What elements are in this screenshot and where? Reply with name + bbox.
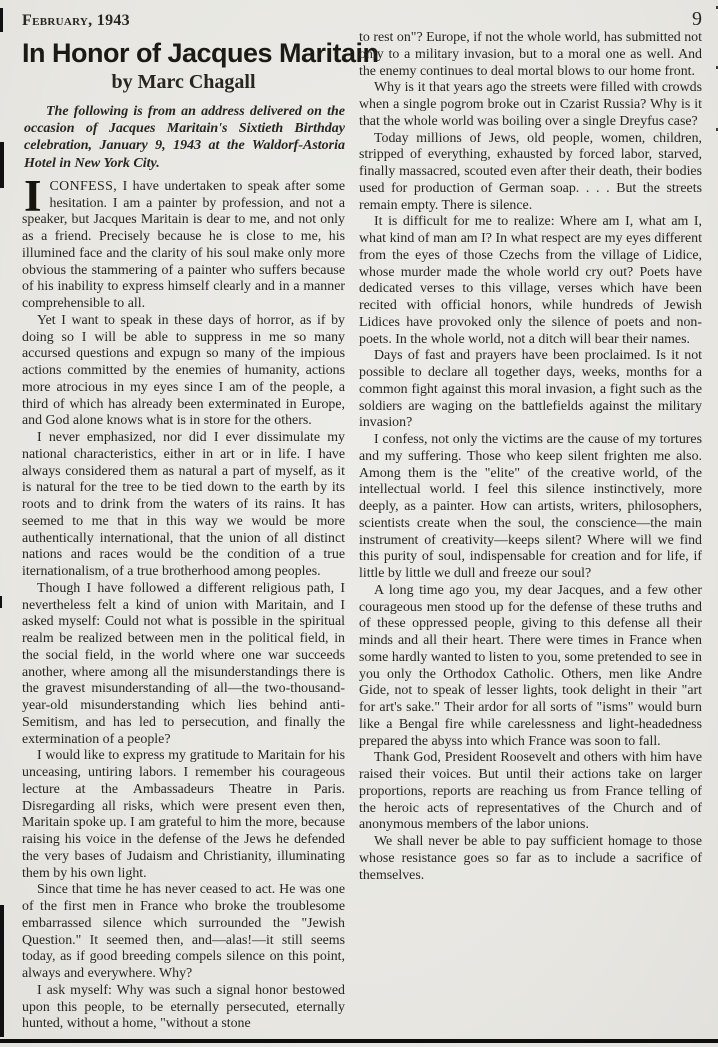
article-byline: by Marc Chagall (22, 70, 345, 94)
body-paragraph: I confess, not only the victims are the … (359, 432, 702, 583)
right-column: to rest on"? Europe, if not the whole wo… (359, 30, 702, 884)
magazine-page: February, 1943 9 In Honor of Jacques Mar… (0, 0, 718, 1047)
lead-word: CONFESS, (50, 179, 118, 194)
page-number: 9 (692, 8, 702, 31)
drop-cap: I (22, 179, 50, 212)
running-head: February, 1943 9 (22, 8, 702, 31)
opening-paragraph: ICONFESS, I have undertaken to speak aft… (22, 179, 345, 313)
body-paragraph: I ask myself: Why was such a signal hono… (22, 983, 345, 1033)
left-column: In Honor of Jacques Maritain by Marc Cha… (22, 38, 345, 1033)
body-paragraph: Days of fast and prayers have been procl… (359, 348, 702, 432)
left-paragraphs: Yet I want to speak in these days of hor… (22, 313, 345, 1033)
article-title: In Honor of Jacques Maritain (22, 38, 345, 68)
body-paragraph: to rest on"? Europe, if not the whole wo… (359, 30, 702, 80)
bottom-scan-rule (0, 1039, 718, 1043)
body-paragraph: Though I have followed a different relig… (22, 581, 345, 749)
scan-artifact (0, 142, 4, 188)
body-paragraph: Since that time he has never ceased to a… (22, 882, 345, 983)
body-paragraph: A long time ago you, my dear Jacques, an… (359, 583, 702, 751)
body-paragraph: Why is it that years ago the streets wer… (359, 80, 702, 130)
scan-artifact (0, 596, 2, 608)
body-paragraph: We shall never be able to pay sufficient… (359, 834, 702, 884)
body-paragraph: I never emphasized, nor did I ever dissi… (22, 430, 345, 581)
opening-text: I have undertaken to speak after some he… (22, 179, 345, 311)
issue-date: February, 1943 (22, 12, 130, 30)
scan-artifact (0, 8, 3, 32)
right-paragraphs: to rest on"? Europe, if not the whole wo… (359, 30, 702, 884)
body-paragraph: Thank God, President Roosevelt and other… (359, 750, 702, 834)
editorial-note: The following is from an address deliver… (24, 103, 345, 172)
scan-artifact (0, 905, 4, 1037)
body-paragraph: I would like to express my gratitude to … (22, 748, 345, 882)
body-paragraph: It is difficult for me to realize: Where… (359, 214, 702, 348)
body-paragraph: Today millions of Jews, old people, wome… (359, 131, 702, 215)
body-paragraph: Yet I want to speak in these days of hor… (22, 313, 345, 430)
